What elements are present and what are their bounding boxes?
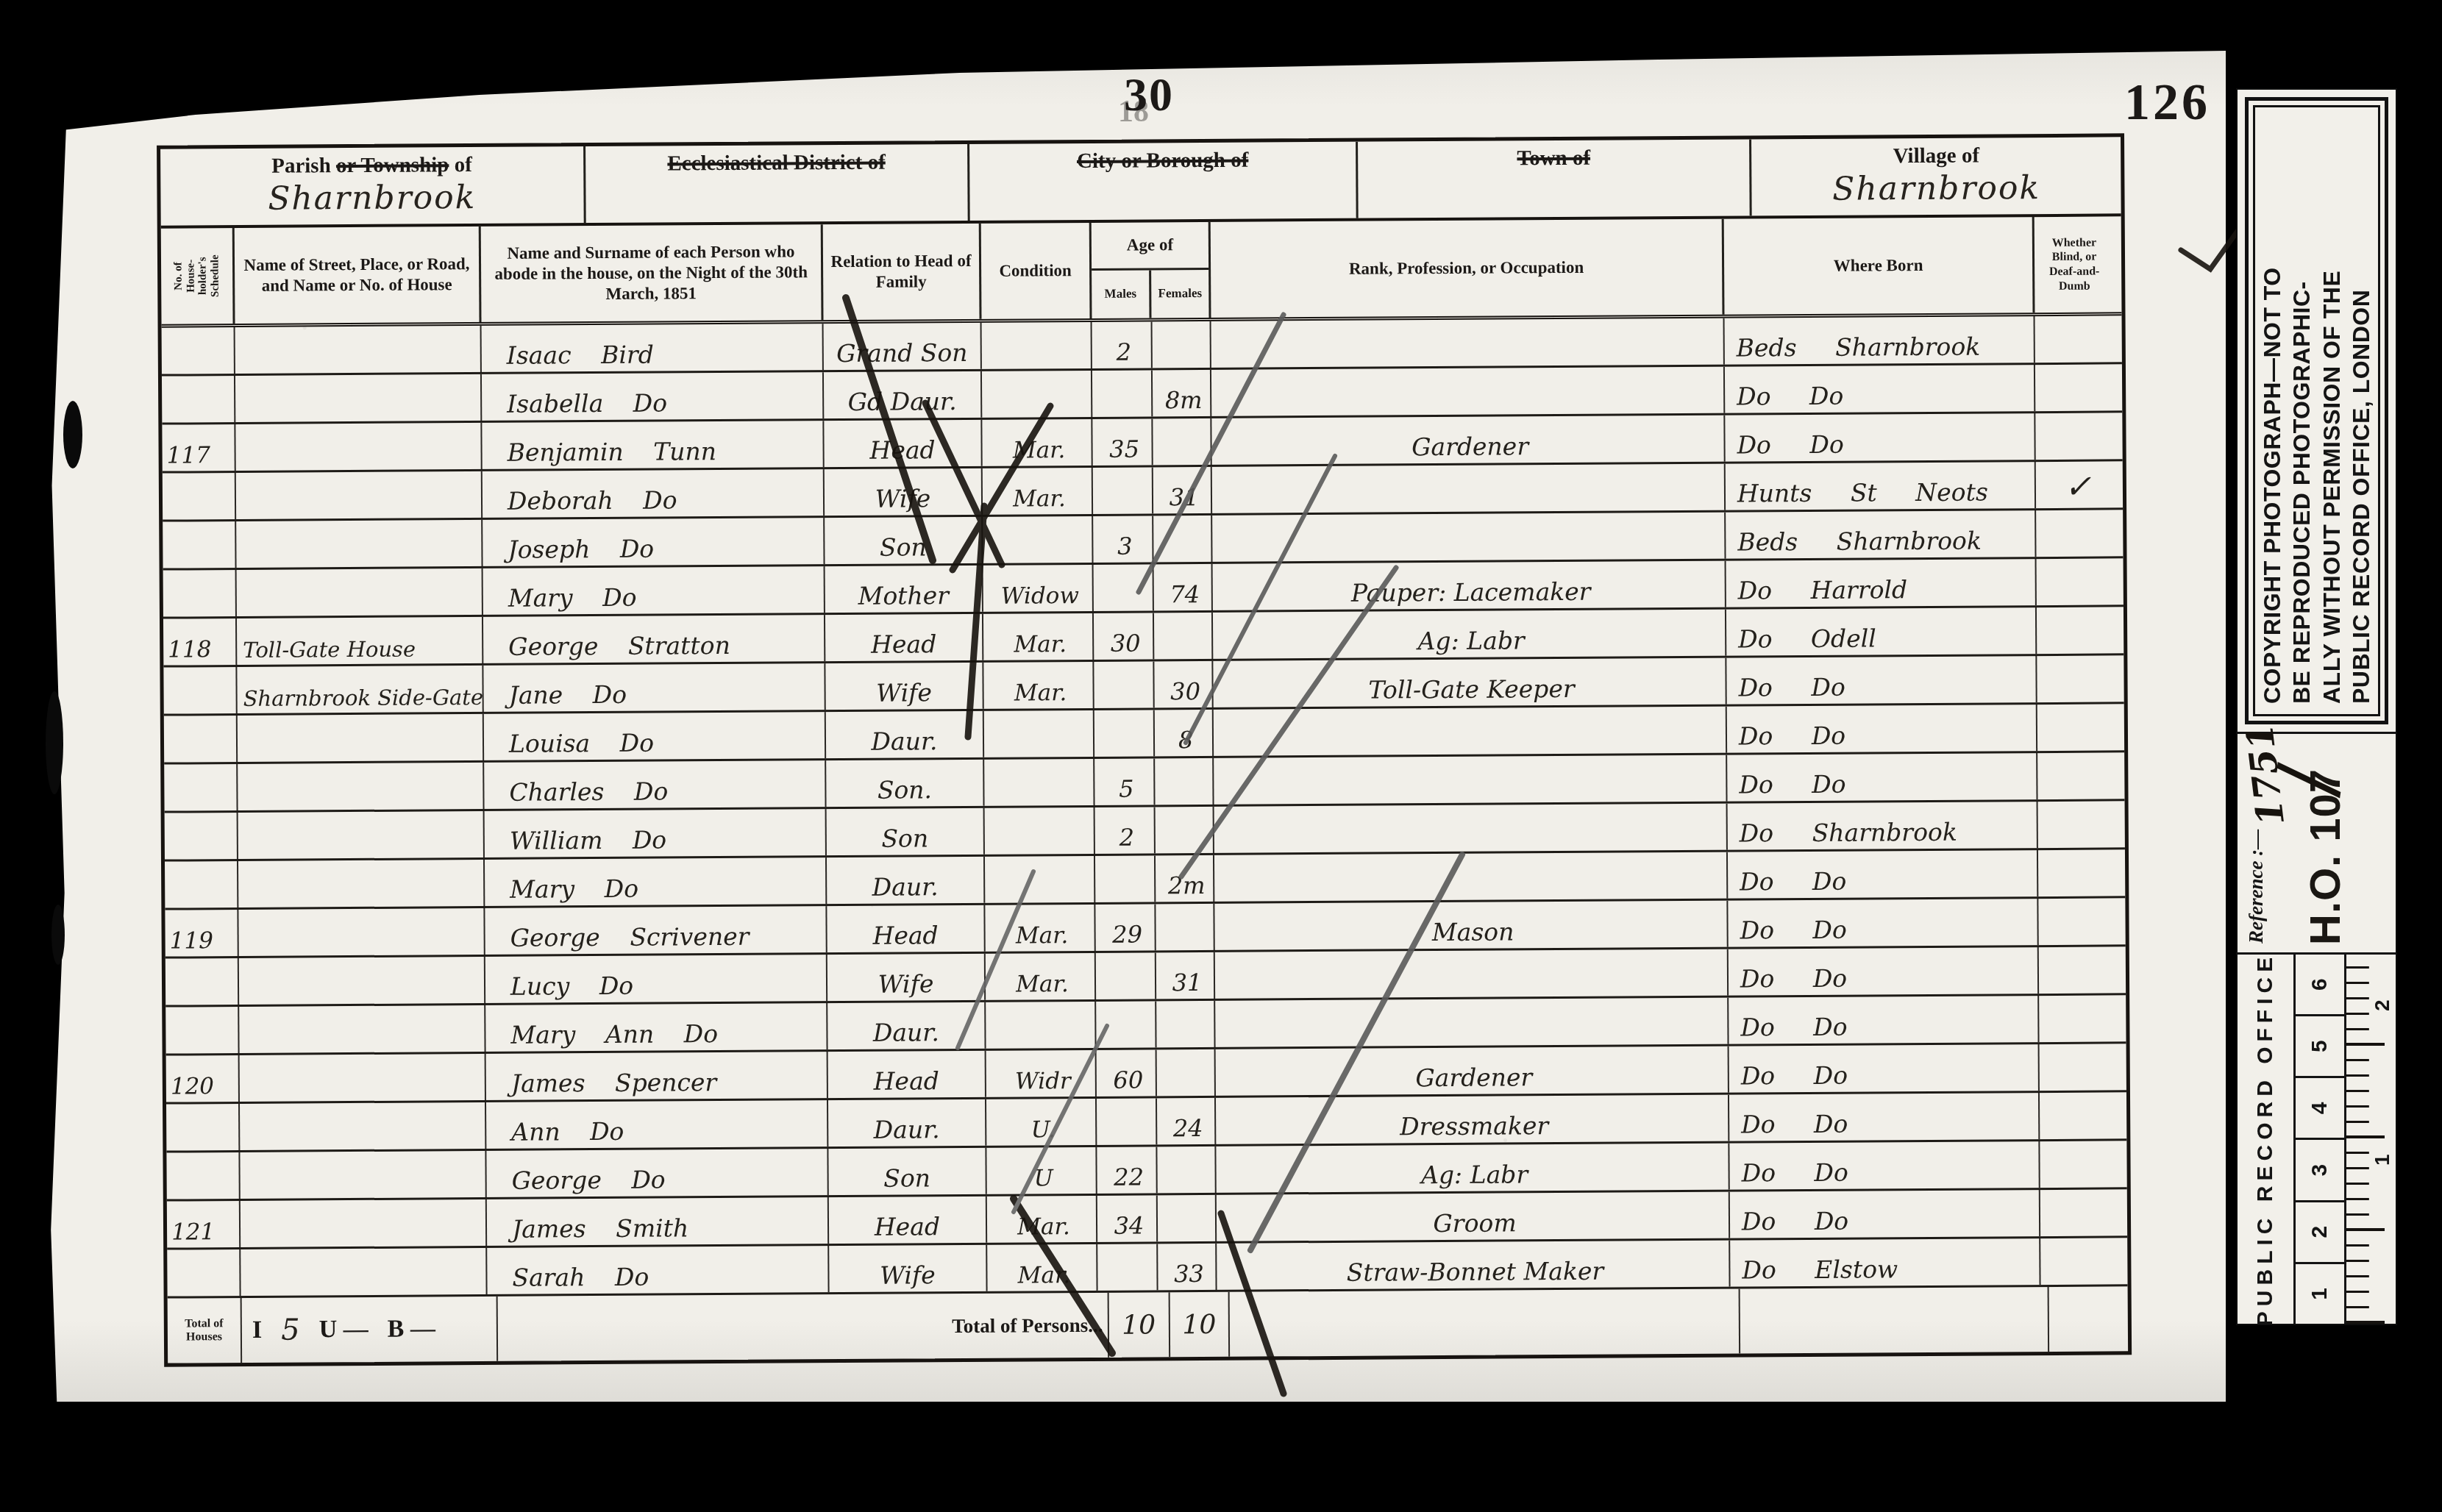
cell-where-born: Do Do xyxy=(1729,947,2039,996)
cell-relation: Head xyxy=(824,420,982,467)
cell-where-born: Do Do xyxy=(1725,413,2035,462)
cell-relation: Grand Son xyxy=(824,323,982,370)
cell-street: Sharnbrook Side-Gate xyxy=(237,666,483,713)
cell-age-female xyxy=(1156,904,1214,950)
cell-street xyxy=(236,520,483,568)
total-persons-label: Total of Persons... xyxy=(498,1293,1109,1361)
col-occupation: Rank, Profession, or Occupation xyxy=(1211,219,1725,318)
cell-age-male xyxy=(1093,467,1153,513)
cell-age-male xyxy=(1096,1001,1156,1047)
cell-condition: Widr xyxy=(986,1050,1097,1097)
cell-schedule-number xyxy=(163,570,237,617)
cell-infirm xyxy=(2035,364,2115,411)
cell-schedule-number: 117 xyxy=(162,424,235,471)
cell-condition xyxy=(985,807,1095,855)
cell-infirm xyxy=(2038,801,2118,848)
cell-street xyxy=(240,1054,486,1102)
cell-infirm xyxy=(2036,510,2115,557)
cell-age-male xyxy=(1094,661,1154,707)
totals-row: Total of Houses I 5 U — B — Total of Per… xyxy=(168,1286,2128,1363)
scale-cell: 3 xyxy=(2296,1138,2344,1199)
cell-street xyxy=(238,811,485,859)
parish-value: Sharnbrook xyxy=(268,179,476,218)
scanned-census-page: 18 30 126 Parish or Township of Sharnbro… xyxy=(0,0,2442,1512)
cell-schedule-number xyxy=(163,473,236,520)
ecclesiastical-header: Ecclesiastical District of xyxy=(585,144,970,223)
cell-age-male xyxy=(1097,1244,1158,1290)
cell-infirm: ✓ xyxy=(2036,461,2115,508)
cell-name: Sarah Do xyxy=(487,1246,829,1294)
public-record-office-label: PUBLIC RECORD OFFICE xyxy=(2238,955,2296,1324)
cell-condition: Mar. xyxy=(987,1244,1097,1291)
city-label: City or Borough of xyxy=(1077,149,1249,173)
town-label: Town of xyxy=(1517,146,1590,171)
cell-name: George Do xyxy=(486,1149,828,1197)
cell-street xyxy=(241,1248,487,1296)
cell-schedule-number: 118 xyxy=(163,618,237,666)
ruler-number: 1 xyxy=(2371,1154,2394,1166)
page-number: 126 xyxy=(2124,74,2210,132)
cell-schedule-number: 121 xyxy=(167,1201,241,1248)
cell-schedule-number xyxy=(165,861,238,908)
cell-occupation: Gardener xyxy=(1211,416,1725,465)
cell-infirm xyxy=(2037,704,2117,751)
total-houses-values: I 5 U — B — xyxy=(242,1297,498,1363)
cell-occupation xyxy=(1212,464,1726,513)
cell-name: Mary Do xyxy=(483,566,825,615)
cell-where-born: Do Do xyxy=(1725,365,2035,413)
parish-header: Parish or Township of Sharnbrook xyxy=(160,146,585,226)
cell-age-male: 35 xyxy=(1092,418,1153,465)
cell-infirm xyxy=(2040,1092,2119,1139)
cell-condition: Mar. xyxy=(983,662,1094,709)
copyright-line: ALLY WITHOUT PERMISSION OF THE xyxy=(2317,118,2346,704)
cell-condition: Mar. xyxy=(987,1196,1097,1243)
cell-relation: Wife xyxy=(825,468,983,516)
cell-where-born: Do Do xyxy=(1728,899,2038,947)
col-condition: Condition xyxy=(981,223,1092,319)
cell-occupation: Straw-Bonnet Maker xyxy=(1217,1241,1730,1290)
cell-street xyxy=(235,374,482,422)
cell-relation: Head xyxy=(827,905,985,952)
cell-street xyxy=(238,860,485,907)
cell-age-female: 8 xyxy=(1155,710,1214,756)
cell-relation: Son. xyxy=(826,760,984,807)
cell-relation: Wife xyxy=(825,663,983,710)
scan-blemish xyxy=(51,905,65,965)
col-name: Name and Surname of each Person who abod… xyxy=(481,224,824,322)
cell-age-male: 3 xyxy=(1093,516,1153,562)
cell-condition: Mar. xyxy=(983,613,1094,660)
cell-name: Mary Ann Do xyxy=(485,1003,827,1052)
cell-age-female: 31 xyxy=(1153,467,1212,513)
scale-cell: 1 xyxy=(2296,1262,2344,1324)
scale-cell: 2 xyxy=(2296,1200,2344,1262)
cell-age-male xyxy=(1094,710,1155,756)
cell-name: James Spencer xyxy=(486,1052,828,1100)
cell-condition: Mar. xyxy=(985,905,1095,952)
cell-condition xyxy=(985,856,1095,903)
cell-schedule-number xyxy=(166,1104,240,1151)
cell-infirm xyxy=(2037,655,2116,702)
scan-blemish xyxy=(46,691,63,794)
cell-occupation xyxy=(1211,367,1725,416)
cell-relation: Wife xyxy=(827,954,986,1001)
city-header: City or Borough of xyxy=(969,142,1358,221)
cell-relation: Gd Daur. xyxy=(824,371,982,418)
copyright-line: COPYRIGHT PHOTOGRAPH—NOT TO xyxy=(2257,118,2287,704)
cell-relation: Son xyxy=(825,517,983,564)
parish-label: Parish or Township of xyxy=(271,153,472,179)
cell-occupation xyxy=(1215,949,1729,999)
totals-empty-infirm xyxy=(2049,1286,2129,1352)
cell-street xyxy=(237,568,483,616)
village-value: Sharnbrook xyxy=(1832,169,2040,208)
cell-where-born: Hunts St Neots xyxy=(1726,462,2036,510)
cell-name: Jane Do xyxy=(483,663,825,712)
cell-age-female: 30 xyxy=(1154,661,1213,707)
scale-cells: 1 2 3 4 5 6 xyxy=(2296,955,2346,1324)
scale-cell: 5 xyxy=(2296,1014,2344,1076)
cell-age-female xyxy=(1158,1195,1217,1241)
houses-uninhabited-label: U — xyxy=(319,1316,369,1344)
cell-schedule-number: 120 xyxy=(166,1055,240,1102)
cell-occupation xyxy=(1215,998,1729,1047)
cell-schedule-number xyxy=(162,376,235,423)
cell-where-born: Do Elstow xyxy=(1730,1238,2040,1287)
pro-reference-strip-content: PUBLIC RECORD OFFICE 1 2 3 4 5 6 1 2 Ref… xyxy=(2238,90,2396,1324)
total-persons-females: 10 xyxy=(1170,1292,1230,1357)
cell-condition: Mar. xyxy=(982,419,1092,466)
cell-street xyxy=(241,1199,487,1247)
cell-age-male: 30 xyxy=(1094,613,1154,659)
cell-condition xyxy=(984,710,1094,757)
cell-street xyxy=(238,908,485,956)
col-age-females: Females xyxy=(1151,270,1208,318)
copyright-line: BE REPRODUCED PHOTOGRAPHIC- xyxy=(2287,118,2316,704)
cell-age-male: 5 xyxy=(1094,758,1155,805)
cell-condition xyxy=(982,322,1092,369)
cell-age-male: 22 xyxy=(1097,1147,1157,1193)
cell-name: James Smith xyxy=(487,1197,829,1246)
cell-street xyxy=(235,423,482,471)
cell-infirm xyxy=(2039,995,2118,1042)
cell-relation: Head xyxy=(825,614,983,661)
cell-age-male: 2 xyxy=(1095,807,1156,853)
cell-where-born: Do Do xyxy=(1730,1190,2040,1238)
cell-age-female: 33 xyxy=(1158,1244,1217,1290)
ecclesiastical-label: Ecclesiastical District of xyxy=(667,151,886,176)
place-header-row: Parish or Township of Sharnbrook Ecclesi… xyxy=(160,137,2121,228)
cell-where-born: Do Do xyxy=(1728,850,2038,899)
table-body: Isaac Bird Grand Son 2 Beds Sharnbrook I… xyxy=(162,315,2128,1298)
col-age-males: Males xyxy=(1092,270,1151,318)
cell-age-female: 31 xyxy=(1156,952,1215,999)
cell-age-female: 2m xyxy=(1156,855,1214,902)
houses-inhabited-label: I xyxy=(252,1316,262,1344)
cell-age-male xyxy=(1096,952,1156,999)
cell-age-female xyxy=(1153,418,1211,465)
cell-name: William Do xyxy=(485,809,827,857)
cell-name: Deborah Do xyxy=(483,469,825,518)
village-label: Village of xyxy=(1893,144,1980,169)
cell-age-male xyxy=(1092,370,1153,416)
cell-relation: Son xyxy=(828,1148,986,1195)
folio-number-top: 30 xyxy=(1124,68,1174,122)
scan-blemish xyxy=(63,401,82,468)
cell-street: Toll-Gate House xyxy=(237,617,483,665)
cell-condition xyxy=(984,759,1094,806)
cell-relation: Head xyxy=(829,1197,987,1244)
cell-name: Lucy Do xyxy=(485,955,827,1003)
pro-scale-section: PUBLIC RECORD OFFICE 1 2 3 4 5 6 1 2 xyxy=(2238,952,2396,1324)
cell-infirm xyxy=(2040,1189,2120,1236)
cell-condition: Mar. xyxy=(986,953,1096,1000)
scale-cell: 6 xyxy=(2296,955,2344,1014)
cell-where-born: Do Do xyxy=(1727,705,2037,753)
cell-schedule-number xyxy=(167,1249,241,1297)
cell-age-female xyxy=(1156,807,1214,853)
cell-where-born: Do Do xyxy=(1729,1141,2040,1190)
cell-condition xyxy=(983,516,1093,563)
cell-age-female: 24 xyxy=(1157,1098,1216,1144)
cell-street xyxy=(239,1005,485,1053)
cell-where-born: Beds Sharnbrook xyxy=(1725,316,2035,365)
cell-relation: Daur. xyxy=(828,1099,986,1147)
cell-schedule-number xyxy=(165,1007,239,1054)
cell-infirm xyxy=(2037,607,2116,654)
cell-age-male xyxy=(1097,1098,1157,1144)
cell-infirm xyxy=(2039,946,2118,994)
cell-schedule-number: 119 xyxy=(165,910,238,957)
cell-where-born: Do Do xyxy=(1729,1044,2040,1093)
cell-age-male: 34 xyxy=(1097,1195,1158,1241)
cell-occupation: Toll-Gate Keeper xyxy=(1213,658,1726,707)
col-infirm: Whether Blind, or Deaf-and-Dumb xyxy=(2035,216,2115,313)
col-age: Age of Males Females xyxy=(1092,222,1211,318)
cell-schedule-number xyxy=(166,1152,240,1199)
cell-name: Isaac Bird xyxy=(482,324,824,372)
cell-street xyxy=(239,957,485,1005)
cell-occupation: Ag: Labr xyxy=(1213,610,1726,659)
cell-where-born: Do Do xyxy=(1727,753,2037,802)
cell-where-born: Do Do xyxy=(1729,1093,2040,1141)
cell-age-female xyxy=(1153,321,1211,368)
cell-age-female xyxy=(1155,758,1214,805)
cell-condition xyxy=(982,371,1092,418)
cell-age-male xyxy=(1094,564,1154,610)
scale-cell: 4 xyxy=(2296,1076,2344,1138)
cell-occupation xyxy=(1212,513,1726,562)
cell-condition: U. xyxy=(986,1099,1097,1146)
col-age-label: Age of xyxy=(1092,222,1208,271)
cell-schedule-number xyxy=(163,667,237,714)
cell-where-born: Do Odell xyxy=(1726,607,2037,656)
reference-section: Reference :— H.O. 107 ∕ 1751 xyxy=(2238,732,2396,952)
cell-age-female: 74 xyxy=(1154,564,1213,610)
cell-name: Mary Do xyxy=(485,857,827,906)
cell-name: Benjamin Tunn xyxy=(482,421,824,469)
cell-age-male: 2 xyxy=(1092,321,1153,368)
col-relation: Relation to Head of Family xyxy=(823,224,982,320)
cell-condition: U xyxy=(986,1147,1097,1194)
cell-infirm xyxy=(2035,315,2115,363)
cell-schedule-number xyxy=(165,958,239,1005)
cell-schedule-number xyxy=(163,521,236,568)
cell-occupation: Dressmaker xyxy=(1216,1095,1729,1144)
cell-age-female xyxy=(1156,1001,1215,1047)
cell-age-female xyxy=(1154,613,1213,659)
cell-where-born: Do Do xyxy=(1729,996,2039,1044)
cell-occupation: Ag: Labr xyxy=(1216,1144,1729,1193)
cell-name: Joseph Do xyxy=(483,518,825,566)
cell-condition xyxy=(986,1002,1096,1049)
cell-occupation: Groom xyxy=(1217,1192,1730,1241)
cell-occupation xyxy=(1214,804,1728,853)
cell-where-born: Do Harrold xyxy=(1726,559,2037,607)
totals-empty-occupation xyxy=(1230,1289,1740,1357)
cell-relation: Head xyxy=(828,1051,986,1098)
cell-relation: Wife xyxy=(829,1245,987,1292)
cell-schedule-number xyxy=(165,813,238,860)
cell-street xyxy=(236,471,483,519)
cell-schedule-number xyxy=(162,327,235,374)
cell-where-born: Beds Sharnbrook xyxy=(1726,510,2036,559)
total-persons-males: 10 xyxy=(1108,1292,1170,1358)
cell-age-male xyxy=(1095,855,1156,902)
cell-infirm xyxy=(2040,1238,2120,1285)
cell-age-male: 60 xyxy=(1097,1049,1157,1096)
village-header: Village of Sharnbrook xyxy=(1751,137,2121,215)
houses-building-label: B — xyxy=(388,1315,435,1343)
cell-street xyxy=(240,1151,486,1199)
cell-occupation xyxy=(1214,755,1727,805)
cell-condition: Mar. xyxy=(983,468,1093,515)
cell-where-born: Do Sharnbrook xyxy=(1728,802,2038,850)
cell-occupation xyxy=(1211,318,1725,368)
cell-age-female xyxy=(1157,1049,1216,1096)
col-schedule: No. of House-holder's Schedule xyxy=(161,228,235,324)
cell-relation: Daur. xyxy=(826,711,984,758)
cell-occupation xyxy=(1214,852,1728,902)
cell-infirm xyxy=(2035,413,2115,460)
cell-occupation: Gardener xyxy=(1216,1046,1729,1096)
cell-infirm xyxy=(2040,1044,2119,1091)
cell-relation: Daur. xyxy=(827,1002,986,1049)
cell-street xyxy=(238,714,484,762)
cell-occupation xyxy=(1214,707,1727,756)
cell-relation: Mother xyxy=(825,566,983,613)
cell-relation: Daur. xyxy=(827,857,985,904)
cell-name: Isabella Do xyxy=(482,372,824,421)
cell-infirm xyxy=(2037,558,2116,605)
ruler-number: 2 xyxy=(2371,999,2394,1011)
houses-inhabited-value: 5 xyxy=(281,1313,300,1347)
cell-relation: Son xyxy=(827,808,985,855)
cell-name: Charles Do xyxy=(484,760,826,809)
cell-infirm xyxy=(2038,849,2118,896)
town-header: Town of xyxy=(1358,139,1752,218)
cell-infirm xyxy=(2038,898,2118,945)
cell-schedule-number xyxy=(164,764,238,811)
cell-schedule-number xyxy=(164,716,238,763)
cell-age-female xyxy=(1153,516,1212,562)
cell-age-female: 8m xyxy=(1153,370,1211,416)
pro-reference-strip: PUBLIC RECORD OFFICE 1 2 3 4 5 6 1 2 Ref… xyxy=(2238,90,2396,1324)
ruler-scale: 1 2 xyxy=(2346,955,2396,1324)
census-table: Parish or Township of Sharnbrook Ecclesi… xyxy=(157,133,2132,1366)
copyright-line: PUBLIC RECORD OFFICE, LONDON xyxy=(2346,118,2376,704)
cell-name: Ann Do xyxy=(486,1100,828,1149)
cell-street xyxy=(235,326,482,374)
col-where-born: Where Born xyxy=(1724,217,2035,315)
col-street: Name of Street, Place, or Road, and Name… xyxy=(235,227,482,324)
total-houses-label: Total of Houses xyxy=(168,1298,243,1363)
cell-infirm xyxy=(2037,752,2117,799)
copyright-stamp-box: COPYRIGHT PHOTOGRAPH—NOT TO BE REPRODUCE… xyxy=(2253,105,2380,716)
totals-empty-born xyxy=(1740,1287,2049,1354)
column-header-row: No. of House-holder's Schedule Name of S… xyxy=(161,216,2122,327)
cell-age-male: 29 xyxy=(1095,904,1156,950)
cell-occupation: Pauper: Lacemaker xyxy=(1213,561,1726,610)
cell-infirm xyxy=(2040,1141,2119,1188)
cell-condition: Widow xyxy=(983,565,1094,612)
cell-street xyxy=(240,1102,486,1150)
cell-name: George Scrivener xyxy=(485,906,827,955)
cell-street xyxy=(238,763,484,810)
cell-name: Louisa Do xyxy=(484,712,826,760)
cell-name: George Stratton xyxy=(483,615,825,663)
cell-age-female xyxy=(1157,1147,1216,1193)
cell-where-born: Do Do xyxy=(1726,656,2037,705)
cell-occupation: Mason xyxy=(1214,901,1728,950)
copyright-stamp-section: COPYRIGHT PHOTOGRAPH—NOT TO BE REPRODUCE… xyxy=(2238,90,2396,732)
